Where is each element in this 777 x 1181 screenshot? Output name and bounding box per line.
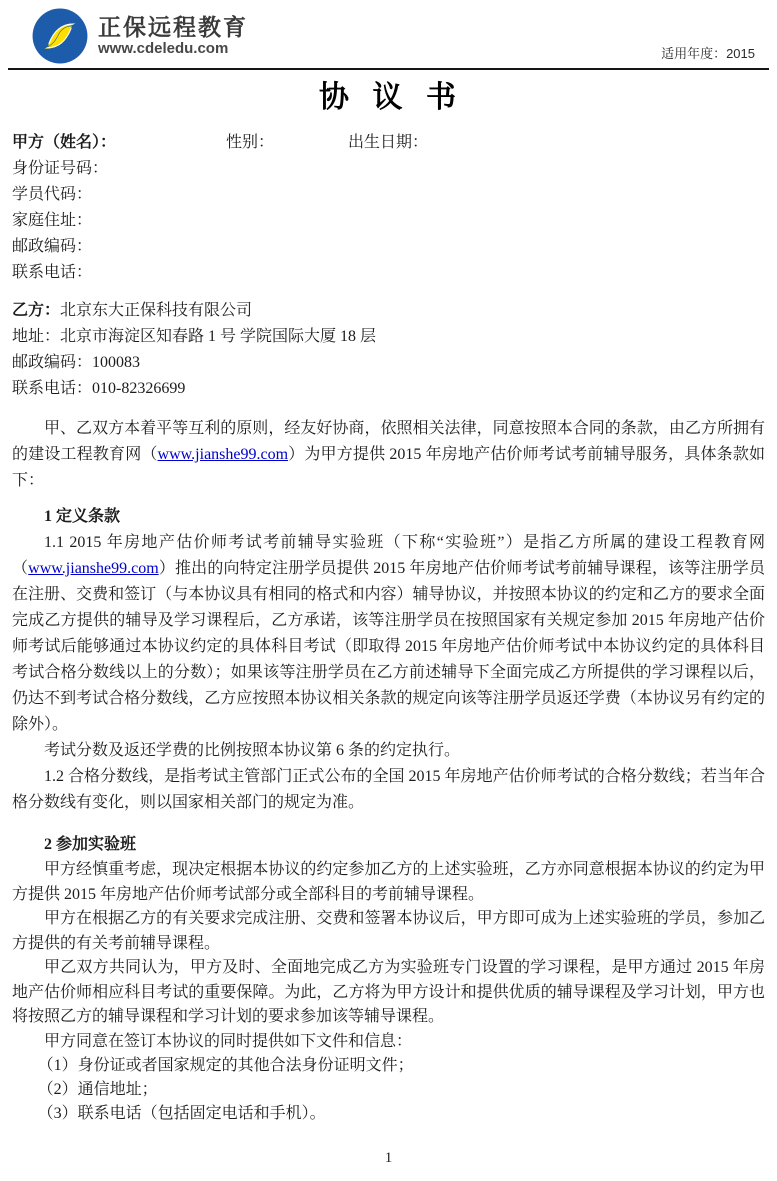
header-divider (8, 68, 769, 70)
jianshe99-link-2[interactable]: www.jianshe99.com (28, 560, 159, 577)
clause-1-1-text-post: ）推出的向特定注册学员提供 2015 年房地产估价师考试考前辅导课程，该等注册学… (12, 560, 765, 733)
party-a-name-label: 甲方（姓名）： (12, 134, 116, 151)
brand-url: www.cdeledu.com (98, 40, 248, 58)
party-a-sex-label: 性别： (226, 130, 344, 156)
party-a-phone-label: 联系电话： (12, 260, 765, 286)
clause-1-2: 1.2 合格分数线，是指考试主管部门正式公布的全国 2015 年房地产估价师考试… (12, 764, 765, 816)
party-a-block: 甲方（姓名）： 性别： 出生日期： 身份证号码： 学员代码： 家庭住址： 邮政编… (12, 130, 765, 286)
jianshe99-link[interactable]: www.jianshe99.com (158, 446, 289, 463)
brand-logo-icon (32, 8, 88, 64)
party-b-block: 乙方：北京东大正保科技有限公司 地址：北京市海淀区知春路 1 号 学院国际大厦 … (12, 298, 765, 402)
party-b-phone-line: 联系电话：010-82326699 (12, 376, 765, 402)
party-b-zip-line: 邮政编码：100083 (12, 350, 765, 376)
applicable-year-label: 适用年度：2015 (661, 43, 755, 62)
required-document-item-1: （1）身份证或者国家规定的其他合法身份证明文件； (12, 1054, 765, 1078)
brand-text: 正保远程教育 www.cdeledu.com (98, 14, 248, 58)
party-a-student-code-label: 学员代码： (12, 182, 765, 208)
agreement-page: 正保远程教育 www.cdeledu.com 适用年度：2015 协 议 书 甲… (0, 0, 777, 1181)
party-b-name-value: 北京东大正保科技有限公司 (60, 302, 252, 319)
brand: 正保远程教育 www.cdeledu.com (32, 8, 765, 64)
party-a-zip-label: 邮政编码： (12, 234, 765, 260)
section-2-paragraph-4: 甲方同意在签订本协议的同时提供如下文件和信息： (12, 1030, 765, 1055)
document-title: 协 议 书 (0, 80, 777, 116)
party-a-name-line: 甲方（姓名）： 性别： 出生日期： (12, 130, 765, 156)
page-number: 1 (385, 1150, 393, 1166)
section-2-paragraph-3: 甲乙双方共同认为，甲方及时、全面地完成乙方为实验班专门设置的学习课程，是甲方通过… (12, 956, 765, 1030)
intro-paragraph: 甲、乙双方本着平等互利的原则，经友好协商，依照相关法律，同意按照本合同的条款，由… (12, 416, 765, 494)
page-footer: 1 (0, 1150, 777, 1167)
party-a-home-address-label: 家庭住址： (12, 208, 765, 234)
required-document-item-2: （2）通信地址； (12, 1078, 765, 1102)
section-2-heading: 2 参加实验班 (12, 832, 765, 858)
section-2-paragraph-2: 甲方在根据乙方的有关要求完成注册、交费和签署本协议后，甲方即可成为上述实验班的学… (12, 907, 765, 956)
clause-score-refund: 考试分数及返还学费的比例按照本协议第 6 条的约定执行。 (12, 738, 765, 764)
party-b-address-line: 地址：北京市海淀区知春路 1 号 学院国际大厦 18 层 (12, 324, 765, 350)
party-b-name-line: 乙方：北京东大正保科技有限公司 (12, 298, 765, 324)
brand-name: 正保远程教育 (98, 14, 248, 40)
document-body: 甲方（姓名）： 性别： 出生日期： 身份证号码： 学员代码： 家庭住址： 邮政编… (0, 130, 777, 1126)
party-b-name-label: 乙方： (12, 302, 60, 319)
party-a-birth-label: 出生日期： (348, 134, 428, 151)
party-a-id-label: 身份证号码： (12, 156, 765, 182)
required-document-item-3: （3）联系电话（包括固定电话和手机）。 (12, 1102, 765, 1126)
section-1-heading: 1 定义条款 (12, 504, 765, 530)
page-header: 正保远程教育 www.cdeledu.com 适用年度：2015 (0, 0, 777, 66)
clause-1-1: 1.1 2015 年房地产估价师考试考前辅导实验班（下称“实验班”）是指乙方所属… (12, 530, 765, 738)
section-2-paragraph-1: 甲方经慎重考虑，现决定根据本协议的约定参加乙方的上述实验班，乙方亦同意根据本协议… (12, 858, 765, 907)
